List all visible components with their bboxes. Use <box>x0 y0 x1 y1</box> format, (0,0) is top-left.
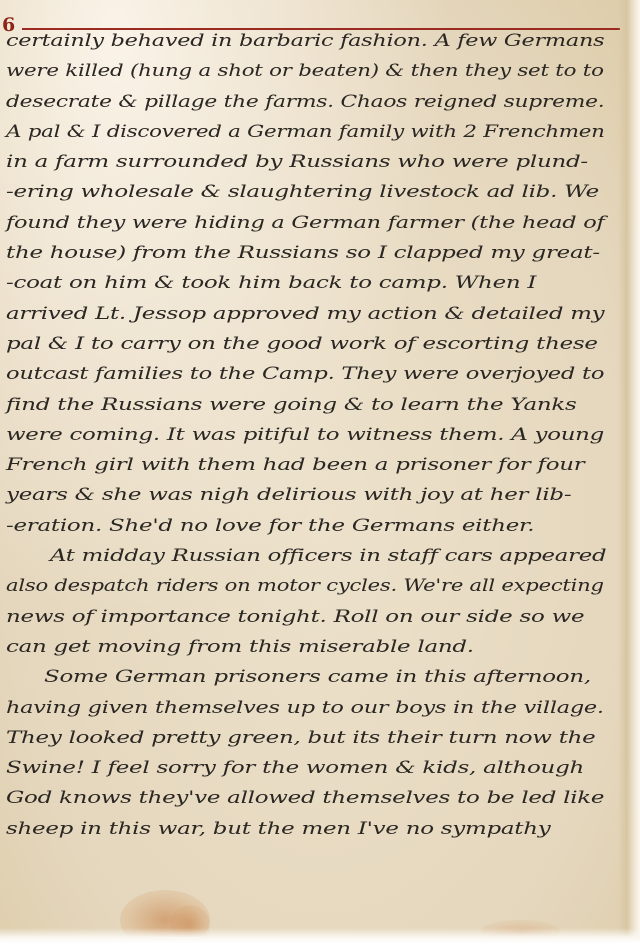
text-line: having given themselves up to our boys i… <box>6 693 640 723</box>
text-line: also despatch riders on motor cycles. We… <box>6 571 640 601</box>
text-line: years & she was nigh delirious with joy … <box>6 480 640 510</box>
binding-edge <box>618 0 640 944</box>
text-line: outcast families to the Camp. They were … <box>6 359 640 389</box>
text-line: were coming. It was pitiful to witness t… <box>6 420 640 450</box>
text-line: find the Russians were going & to learn … <box>6 390 640 420</box>
text-line: in a farm surrounded by Russians who wer… <box>6 147 640 177</box>
text-line: certainly behaved in barbaric fashion. A… <box>6 26 640 56</box>
text-line: -eration. She'd no love for the Germans … <box>6 511 640 541</box>
text-line: news of importance tonight. Roll on our … <box>6 602 640 632</box>
text-line: pal & I to carry on the good work of esc… <box>6 329 640 359</box>
paragraph-start-line: At midday Russian officers in staff cars… <box>50 541 640 571</box>
text-line: desecrate & pillage the farms. Chaos rei… <box>6 87 640 117</box>
text-line: were killed (hung a shot or beaten) & th… <box>6 56 640 86</box>
diary-page: 6 certainly behaved in barbaric fashion.… <box>0 0 640 944</box>
text-line: They looked pretty green, but its their … <box>6 723 640 753</box>
text-line: arrived Lt. Jessop approved my action & … <box>6 299 640 329</box>
page-bottom-edge <box>0 928 640 944</box>
text-line: the house) from the Russians so I clappe… <box>6 238 640 268</box>
text-line: can get moving from this miserable land. <box>6 632 640 662</box>
text-line: -ering wholesale & slaughtering livestoc… <box>6 177 640 207</box>
text-line: A pal & I discovered a German family wit… <box>6 117 640 147</box>
text-line: -coat on him & took him back to camp. Wh… <box>6 268 640 298</box>
text-line: Swine! I feel sorry for the women & kids… <box>6 753 640 783</box>
text-line: God knows they've allowed themselves to … <box>6 783 640 813</box>
text-line: sheep in this war, but the men I've no s… <box>6 814 640 844</box>
text-line: French girl with them had been a prisone… <box>6 450 640 480</box>
paragraph-start-line: Some German prisoners came in this after… <box>44 662 640 692</box>
handwritten-text: certainly behaved in barbaric fashion. A… <box>6 26 626 844</box>
text-line: found they were hiding a German farmer (… <box>6 208 640 238</box>
